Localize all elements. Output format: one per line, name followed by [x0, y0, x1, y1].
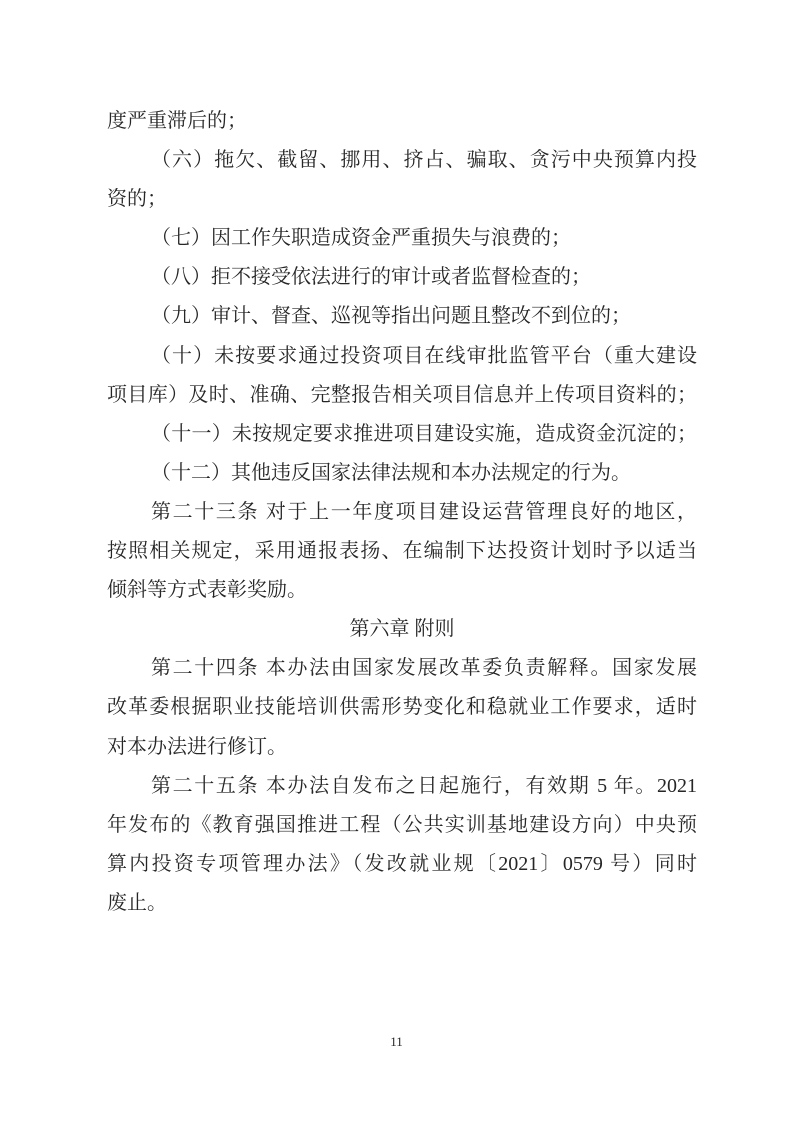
- article-25: 第二十五条 本办法自发布之日起施行，有效期 5 年。2021: [107, 767, 697, 806]
- text-line: 算内投资专项管理办法》（发改就业规〔2021〕0579 号）同时: [107, 845, 697, 884]
- text-line: 项目库）及时、准确、完整报告相关项目信息并上传项目资料的；: [107, 376, 697, 415]
- text-line: 度严重滞后的；: [107, 102, 697, 141]
- clause-item-12: （十二）其他违反国家法律法规和本办法规定的行为。: [107, 454, 697, 493]
- clause-item-9: （九）审计、督查、巡视等指出问题且整改不到位的；: [107, 297, 697, 336]
- text-line: 按照相关规定，采用通报表扬、在编制下达投资计划时予以适当: [107, 532, 697, 571]
- article-23: 第二十三条 对于上一年度项目建设运营管理良好的地区，: [107, 493, 697, 532]
- text-line: 倾斜等方式表彰奖励。: [107, 571, 697, 610]
- page-number: 11: [0, 1034, 793, 1050]
- text-line: 资的；: [107, 180, 697, 219]
- document-body: 度严重滞后的； （六）拖欠、截留、挪用、挤占、骗取、贪污中央预算内投 资的； （…: [107, 102, 697, 923]
- clause-item-6: （六）拖欠、截留、挪用、挤占、骗取、贪污中央预算内投: [107, 141, 697, 180]
- text-line: 改革委根据职业技能培训供需形势变化和稳就业工作要求，适时: [107, 688, 697, 727]
- clause-item-7: （七）因工作失职造成资金严重损失与浪费的；: [107, 219, 697, 258]
- clause-item-10: （十）未按要求通过投资项目在线审批监管平台（重大建设: [107, 337, 697, 376]
- clause-item-8: （八）拒不接受依法进行的审计或者监督检查的；: [107, 258, 697, 297]
- article-24: 第二十四条 本办法由国家发展改革委负责解释。国家发展: [107, 649, 697, 688]
- clause-item-11: （十一）未按规定要求推进项目建设实施，造成资金沉淀的；: [107, 415, 697, 454]
- text-line: 对本办法进行修订。: [107, 728, 697, 767]
- text-line: 年发布的《教育强国推进工程（公共实训基地建设方向）中央预: [107, 806, 697, 845]
- document-page: 度严重滞后的； （六）拖欠、截留、挪用、挤占、骗取、贪污中央预算内投 资的； （…: [0, 0, 793, 1122]
- text-line: 废止。: [107, 884, 697, 923]
- chapter-heading: 第六章 附则: [107, 610, 697, 649]
